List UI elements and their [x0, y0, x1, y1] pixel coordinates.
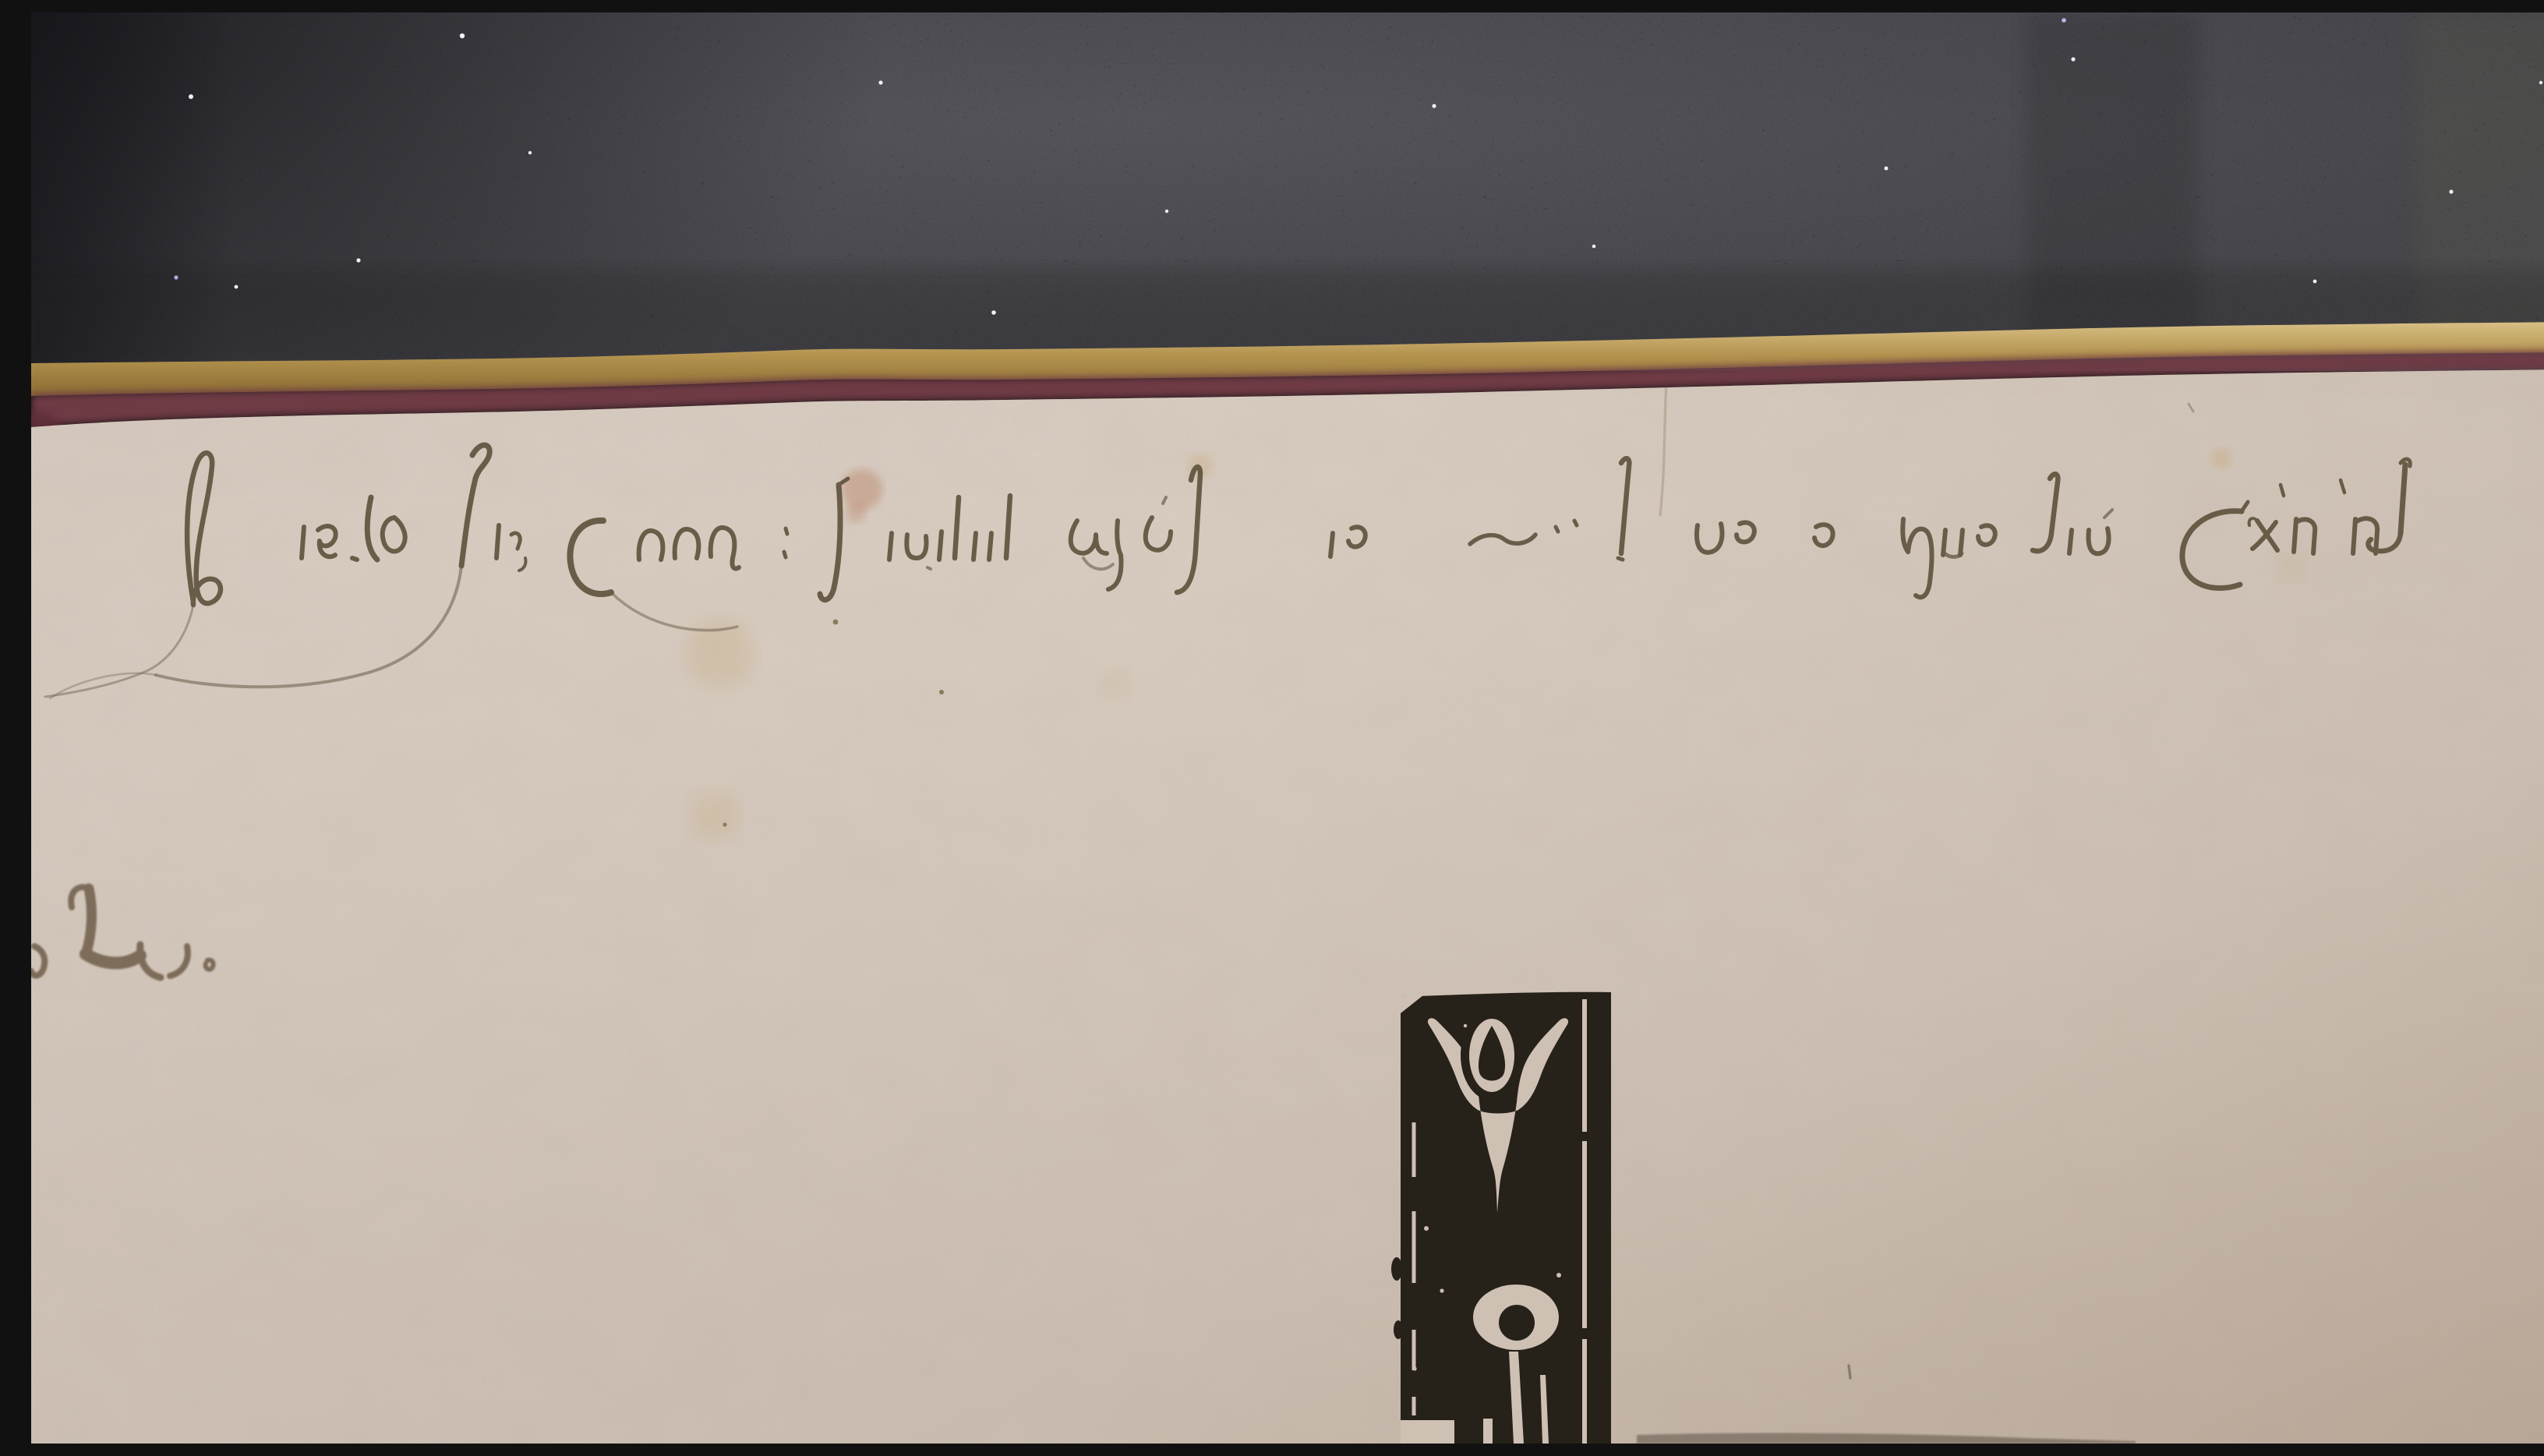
ink-gap	[1556, 1273, 1561, 1278]
paper-fleck	[939, 690, 944, 694]
panel-bottom-notch	[1401, 1420, 1454, 1444]
stray-pen-tick	[1849, 1366, 1850, 1378]
almond-teardrop-motif	[1461, 1010, 1523, 1101]
ornament-chip	[1391, 1257, 1402, 1281]
foxing-spot	[2211, 448, 2231, 468]
panel-bottom-gap	[1483, 1419, 1493, 1444]
foxing-spot	[1099, 669, 1130, 700]
red-stain	[842, 469, 882, 510]
paper-fleck	[833, 620, 839, 625]
ornament-chip	[1394, 1320, 1403, 1339]
eye-pupil	[1499, 1305, 1535, 1341]
paper-fleck	[723, 822, 726, 826]
foxing-spot	[689, 790, 739, 840]
ink-gap	[1440, 1288, 1443, 1292]
manuscript-photo	[31, 12, 2544, 1444]
paper-bottom-right-shading	[31, 355, 2544, 1444]
woodcut-ornament	[1391, 992, 1611, 1444]
paper-leaf	[31, 355, 2544, 1444]
foxing-spot	[2277, 553, 2305, 581]
ink-gap	[1464, 1024, 1467, 1027]
red-stain-small	[846, 503, 866, 523]
eye-roundel-motif	[1473, 1285, 1559, 1350]
ink-gap	[1424, 1226, 1429, 1231]
